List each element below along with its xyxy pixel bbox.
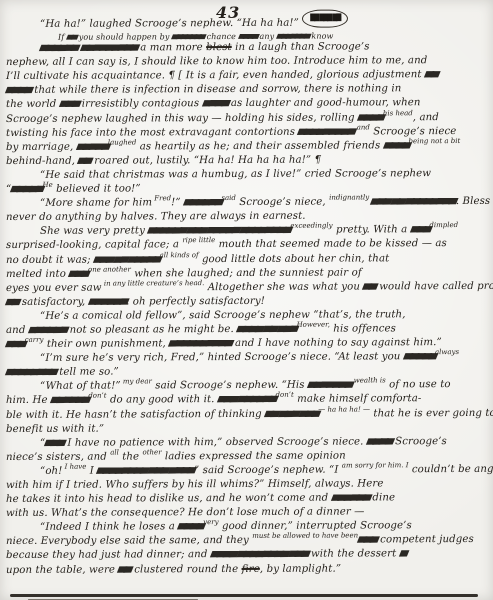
handwritten-text: would have called provoking: [376, 280, 493, 292]
interlinear-insertion: in any little creature’s head.: [102, 279, 205, 287]
handwritten-text: “He’s a comical old fellow”, said Scroog…: [40, 309, 406, 322]
struck-out-text: fire: [242, 563, 260, 574]
inked-out-blot: ██: [423, 72, 438, 79]
inked-out-blot: ███ ██████: [216, 396, 277, 403]
handwritten-text: any: [257, 32, 277, 41]
handwritten-text: I: [86, 466, 97, 477]
interlinear-insertion: dimpled: [429, 221, 458, 229]
handwritten-text: of no use to: [386, 379, 451, 390]
handwritten-text: with the dessert: [308, 549, 400, 560]
handwritten-text: the: [119, 451, 143, 462]
handwritten-text: by marriage,: [6, 141, 77, 152]
handwritten-text: “More shame for him: [40, 197, 152, 208]
interlinear-insertion: must be allowed to have been: [252, 532, 358, 540]
handwritten-text: their own punishment,: [43, 338, 169, 350]
handwritten-text: ble with it. He hasn’t the satisfaction …: [6, 408, 265, 420]
handwritten-text: satisfactory,: [18, 296, 88, 307]
handwritten-text: “Indeed I think he loses a: [40, 522, 178, 534]
interlinear-insertion: indignantly: [329, 194, 371, 202]
handwritten-text: clustered round the: [131, 564, 242, 575]
inked-out-blot: ██████: [27, 327, 67, 334]
handwritten-text: couldn’t be angry: [409, 464, 493, 475]
inked-out-blot: █: [398, 551, 407, 558]
handwritten-text: eyes you ever saw: [6, 282, 102, 293]
handwritten-text: roared out, lustily. “Ha ha! Ha ha ha ha…: [91, 154, 321, 166]
inked-out-blot: ████ ██ ███: [236, 326, 298, 333]
bottom-rule: [10, 594, 478, 597]
interlinear-insertion: I have: [62, 463, 86, 471]
interlinear-insertion: very: [203, 518, 218, 526]
handwritten-text: with him if I tried. Who suffers by his …: [6, 478, 384, 491]
interlinear-insertion: don’t: [276, 391, 294, 399]
interlinear-insertion: However,: [297, 321, 330, 329]
manuscript-line: the world ███ irresistibly contagious ██…: [6, 96, 491, 112]
handwritten-text: not so pleasant as he might be.: [66, 324, 237, 336]
handwritten-text: Scrooge’s niece: [370, 126, 457, 137]
handwritten-text: know: [309, 32, 334, 41]
handwritten-text: “oh!: [40, 466, 62, 477]
inked-out-blot: ██████ ███ █████ ████████: [147, 227, 292, 235]
interlinear-insertion: carry: [25, 336, 44, 344]
handwritten-text: the world: [6, 99, 60, 110]
handwritten-text: nephew, all I can say is, I should like …: [6, 55, 427, 68]
interlinear-insertion: exceedingly: [290, 222, 332, 230]
handwritten-text: no doubt it was;: [6, 254, 94, 265]
interlinear-insertion: one another: [88, 265, 131, 273]
inked-out-blot: ███████: [275, 33, 310, 40]
handwritten-text: when she laughed; and the sunniest pair …: [131, 267, 362, 279]
interlinear-insertion: am sorry for him. I: [342, 461, 409, 469]
manuscript-line: no doubt it was; ███ ██ █████all kinds o…: [6, 251, 491, 267]
interlinear-insertion: ripe little: [182, 236, 215, 244]
inked-out-blot: ████: [357, 114, 385, 121]
interlinear-insertion: wealth is: [352, 377, 386, 385]
handwritten-text: pretty. With a: [333, 225, 411, 236]
handwritten-text: make himself comforta-: [294, 394, 422, 406]
handwritten-text: tell me so.”: [56, 367, 119, 378]
handwritten-text: I’ll cultivate his acquaintance. ¶ [ It …: [6, 69, 425, 82]
handwritten-text: . oh perfectly satisfactory!: [126, 296, 265, 308]
inked-out-blot: ████: [237, 33, 258, 40]
handwritten-text: , by lamplight.”: [260, 563, 341, 574]
inked-out-blot: ████████: [5, 369, 58, 376]
inked-out-blot: ████: [382, 142, 410, 149]
inked-out-blot: ████: [201, 101, 229, 108]
interlinear-insertion: always: [435, 348, 459, 356]
handwritten-text: chance: [204, 32, 239, 41]
inked-out-blot: █████████: [297, 128, 356, 135]
interlinear-insertion: said: [221, 194, 236, 202]
handwritten-text: him. He: [6, 395, 51, 406]
interlinear-insertion: my dear: [121, 378, 152, 386]
manuscript-lines: “Ha ha!” laughed Scrooge’s nephew. “Ha h…: [6, 17, 491, 578]
inked-out-blot: ███ ██ █████: [93, 256, 161, 263]
manuscript-line: upon the table, were ██ clustered round …: [6, 561, 491, 577]
handwritten-text: niece. Everybody else said the same, and…: [6, 535, 252, 547]
handwritten-text: ladies expressed the same opinion: [162, 450, 346, 462]
handwritten-text: surprised-looking, capital face; a: [6, 240, 182, 252]
handwritten-text: do any good with it.: [107, 395, 218, 406]
inked-out-blot: ██████: [330, 495, 370, 502]
circled-insertion: ██ ███ ██: [302, 10, 348, 28]
interlinear-insertion: his head: [383, 109, 413, 117]
manuscript-line: him. He ██████don’t do any good with it.…: [6, 392, 491, 408]
inked-out-blot: ███: [44, 440, 66, 447]
inked-out-blot: ██████: [87, 298, 127, 305]
interlinear-insertion: all kinds of: [160, 251, 199, 259]
handwritten-text: , and: [413, 112, 439, 123]
handwritten-text: that while there is infection in disease…: [31, 84, 401, 97]
interlinear-insertion: — ha ha ha! —: [318, 405, 370, 413]
handwritten-text: as laughter and good-humour, when: [227, 98, 420, 110]
handwritten-text: melted into: [6, 268, 69, 279]
handwritten-text: Scrooge’s nephew laughed in this way — h…: [6, 112, 358, 125]
handwritten-text: Altogether she was what you: [204, 281, 363, 293]
handwritten-text: never do anything by halves. They are al…: [6, 211, 306, 223]
inked-out-blot: █████: [75, 144, 109, 151]
inked-out-blot: ███: [5, 341, 27, 348]
handwritten-text: Scrooge’s: [392, 436, 447, 447]
handwritten-text: !”: [171, 197, 184, 208]
interlinear-insertion: all: [110, 448, 119, 456]
handwritten-text: dine: [369, 492, 395, 503]
handwritten-text: I have no patience with him,” observed S…: [64, 436, 367, 448]
handwritten-text: ” said Scrooge’s nephew. “I: [194, 464, 342, 476]
inked-out-blot: ████: [365, 438, 393, 445]
inked-out-blot: ███████: [307, 382, 353, 389]
handwritten-text: upon the table, were: [6, 564, 118, 575]
inked-out-blot: ██ ███ ███: [264, 410, 320, 417]
inked-out-blot: ███: [409, 227, 431, 234]
handwritten-text: twisting his face into the most extravag…: [6, 126, 298, 138]
handwritten-text: with us. What’s the consequence? He don’…: [6, 507, 365, 520]
inked-out-blot: ███: [58, 101, 80, 108]
inked-out-blot: ████ ████████ ███: [209, 551, 309, 558]
inked-out-blot: ███ ██ ████████: [370, 198, 457, 205]
handwritten-text: good dinner,” interrupted Scrooge’s: [219, 521, 412, 533]
manuscript-page: 43 “Ha ha!” laughed Scrooge’s nephew. “H…: [0, 0, 493, 600]
manuscript-line: surprised-looking, capital face; a ripe …: [6, 237, 491, 253]
inked-out-blot: ███: [68, 270, 90, 277]
interlinear-insertion: He: [42, 181, 52, 189]
handwritten-text: mouth that seemed made to be kissed — as: [215, 238, 447, 250]
handwritten-text: his offences: [330, 323, 396, 334]
interlinear-insertion: being not a bit: [409, 137, 461, 145]
handwritten-text: “Ha ha!” laughed Scrooge’s nephew. “Ha h…: [40, 18, 302, 30]
handwritten-text: as heartily as he; and their assembled f…: [136, 140, 383, 152]
handwritten-text: believed it too!”: [53, 183, 141, 194]
handwritten-text: a man more: [137, 42, 206, 53]
handwritten-text: “What of that!”: [40, 381, 121, 392]
interlinear-insertion: don’t: [88, 392, 106, 400]
inked-out-blot: ████████ ███ ████: [96, 467, 196, 474]
interlinear-insertion: laughed: [108, 138, 137, 146]
inked-out-blot: ██████████: [168, 340, 233, 347]
struck-out-text: blest: [206, 42, 232, 53]
handwritten-text: competent judges: [377, 534, 474, 545]
handwritten-text: he takes it into his head to dislike us,…: [6, 493, 332, 505]
handwritten-text: behind-hand,: [6, 156, 78, 167]
interlinear-insertion: Fred: [152, 194, 171, 202]
inked-out-blot: ████: [5, 87, 33, 94]
manuscript-line: because they had just had dinner; and ██…: [6, 547, 491, 563]
inked-out-blot: █████████: [79, 45, 138, 52]
inked-out-blot: ███: [357, 537, 379, 544]
handwritten-text: “He said that christmas was a humbug, as…: [40, 168, 431, 181]
handwritten-text: because they had just had dinner; and: [6, 550, 211, 562]
handwritten-text: benefit us with it.”: [6, 423, 104, 434]
inked-out-blot: ███████: [171, 33, 206, 40]
handwritten-text: . Bless those women; They: [456, 196, 493, 208]
handwritten-text: irresistibly contagious: [78, 99, 202, 111]
handwritten-text: that he is ever going to: [370, 407, 493, 419]
inked-out-blot: ██████: [39, 45, 79, 52]
inked-out-blot: ████: [177, 524, 205, 531]
handwritten-text: and: [6, 325, 29, 336]
handwritten-text: niece’s sisters, and: [6, 451, 110, 462]
handwritten-text: and I have nothing to say against him.”: [232, 337, 442, 349]
handwritten-text: good little dots about her chin, that: [199, 253, 390, 265]
inked-out-blot: ██████: [183, 199, 223, 206]
inked-out-blot: ██████: [50, 397, 90, 404]
handwritten-text: She was very pretty: [40, 226, 148, 237]
inked-out-blot: █████: [10, 186, 44, 193]
handwritten-text: “I’m sure he’s very rich, Fred,” hinted …: [40, 351, 404, 364]
handwritten-text: Scrooge’s niece,: [236, 197, 329, 208]
interlinear-insertion: other: [142, 448, 161, 456]
interlinear-insertion: and: [354, 123, 369, 131]
manuscript-line: ble with it. He hasn’t the satisfaction …: [6, 406, 491, 422]
handwritten-text: in a laugh than Scrooge’s: [232, 42, 370, 54]
inked-out-blot: █████: [402, 354, 436, 361]
